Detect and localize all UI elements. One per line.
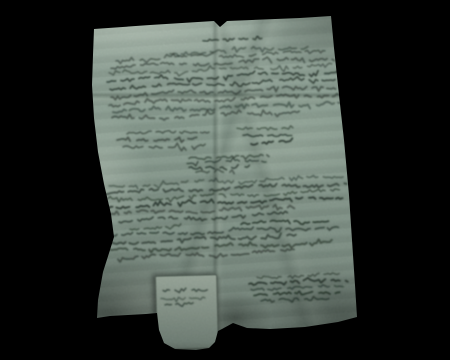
scribble-line bbox=[106, 227, 338, 237]
scribble-line bbox=[127, 131, 209, 134]
scribble-line bbox=[119, 211, 287, 223]
scribble-line bbox=[112, 110, 299, 120]
scribble-line bbox=[108, 189, 339, 202]
scribble-line bbox=[106, 197, 343, 209]
scribble-line bbox=[110, 205, 294, 215]
scribble-line bbox=[111, 57, 334, 69]
letter-paper[interactable] bbox=[0, 0, 450, 360]
scribble-line bbox=[189, 165, 249, 170]
scribble-line bbox=[107, 71, 338, 82]
scribble-line bbox=[130, 224, 181, 230]
scribble-line bbox=[196, 169, 234, 174]
scribble-block-address-right bbox=[237, 126, 293, 145]
scribble-line bbox=[123, 143, 205, 151]
scribble-block-address-left bbox=[117, 131, 209, 151]
paper-edge-shadows bbox=[0, 0, 450, 360]
scribble-line bbox=[241, 220, 329, 224]
scribble-line bbox=[110, 239, 332, 252]
screenshot-stage bbox=[0, 0, 450, 360]
scribble-block-signature-block bbox=[249, 273, 348, 302]
scribble-line bbox=[111, 87, 336, 100]
scribble-line bbox=[243, 134, 292, 136]
scribble-line bbox=[110, 77, 335, 90]
scribble-line bbox=[106, 183, 347, 194]
paper-shading-soft bbox=[0, 0, 450, 360]
scribble-line bbox=[117, 137, 197, 142]
scribble-layer bbox=[0, 0, 450, 360]
scribble-block-center-block bbox=[187, 154, 269, 173]
scribble-block-paragraph-1 bbox=[107, 47, 342, 120]
scribble-line bbox=[109, 63, 332, 76]
scribble-line bbox=[254, 291, 340, 295]
paper-grain-texture bbox=[0, 0, 450, 360]
scribble-block-paragraph-2 bbox=[106, 176, 347, 262]
scribble-line bbox=[251, 285, 343, 291]
scribble-line bbox=[170, 47, 308, 57]
paper-fold-creases bbox=[0, 0, 450, 360]
scribble-line bbox=[187, 158, 266, 166]
scribble-line bbox=[237, 126, 293, 130]
scribble-line bbox=[203, 36, 262, 42]
torn-flap-stamp-box bbox=[155, 274, 219, 350]
scribble-line bbox=[118, 249, 294, 262]
scribble-block-title bbox=[203, 36, 262, 42]
scribble-line bbox=[261, 297, 329, 303]
scribble-line bbox=[109, 94, 339, 107]
scribble-line bbox=[108, 233, 296, 244]
scribble-line bbox=[257, 273, 339, 279]
scribble-line bbox=[189, 154, 269, 159]
scribble-line bbox=[249, 278, 348, 285]
scribble-line bbox=[116, 50, 325, 63]
scribble-line bbox=[113, 102, 342, 113]
scribble-line bbox=[109, 176, 343, 189]
scribble-line bbox=[251, 138, 292, 145]
